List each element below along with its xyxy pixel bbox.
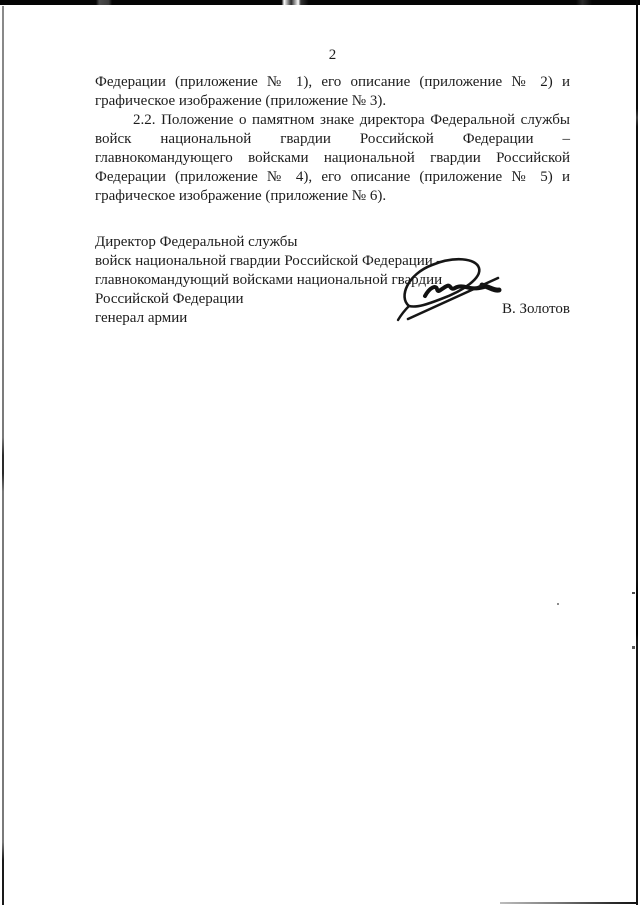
- body-line: главнокомандующего войсками национальной…: [95, 149, 570, 168]
- scan-artifact-tick: [632, 592, 635, 594]
- scanned-document-page: { "page": { "number": "2" }, "body": { "…: [0, 0, 640, 905]
- body-line: Федерации (приложение № 4), его описание…: [95, 168, 570, 187]
- body-line: графическое изображение (приложение № 3)…: [95, 92, 570, 111]
- scan-border-left: [2, 6, 4, 905]
- page-number: 2: [95, 46, 570, 65]
- body-line: графическое изображение (приложение № 6)…: [95, 187, 570, 206]
- body-line: войск национальной гвардии Российской Фе…: [95, 130, 570, 149]
- scan-artifact-tick: [632, 646, 635, 649]
- scan-artifact-speckle: [557, 603, 559, 605]
- body-line: 2.2. Положение о памятном знаке директор…: [95, 111, 570, 130]
- body-line: Федерации (приложение № 1), его описание…: [95, 73, 570, 92]
- paragraph-2-2: 2.2. Положение о памятном знаке директор…: [95, 111, 570, 206]
- paragraph-continuation: Федерации (приложение № 1), его описание…: [95, 73, 570, 111]
- scan-border-bottom: [500, 902, 638, 904]
- scan-border-right: [636, 0, 638, 905]
- signature-title-line: Директор Федеральной службы: [95, 233, 570, 252]
- scan-border-top: [0, 0, 640, 5]
- document-body: Федерации (приложение № 1), его описание…: [95, 73, 570, 206]
- handwritten-signature: [392, 257, 508, 324]
